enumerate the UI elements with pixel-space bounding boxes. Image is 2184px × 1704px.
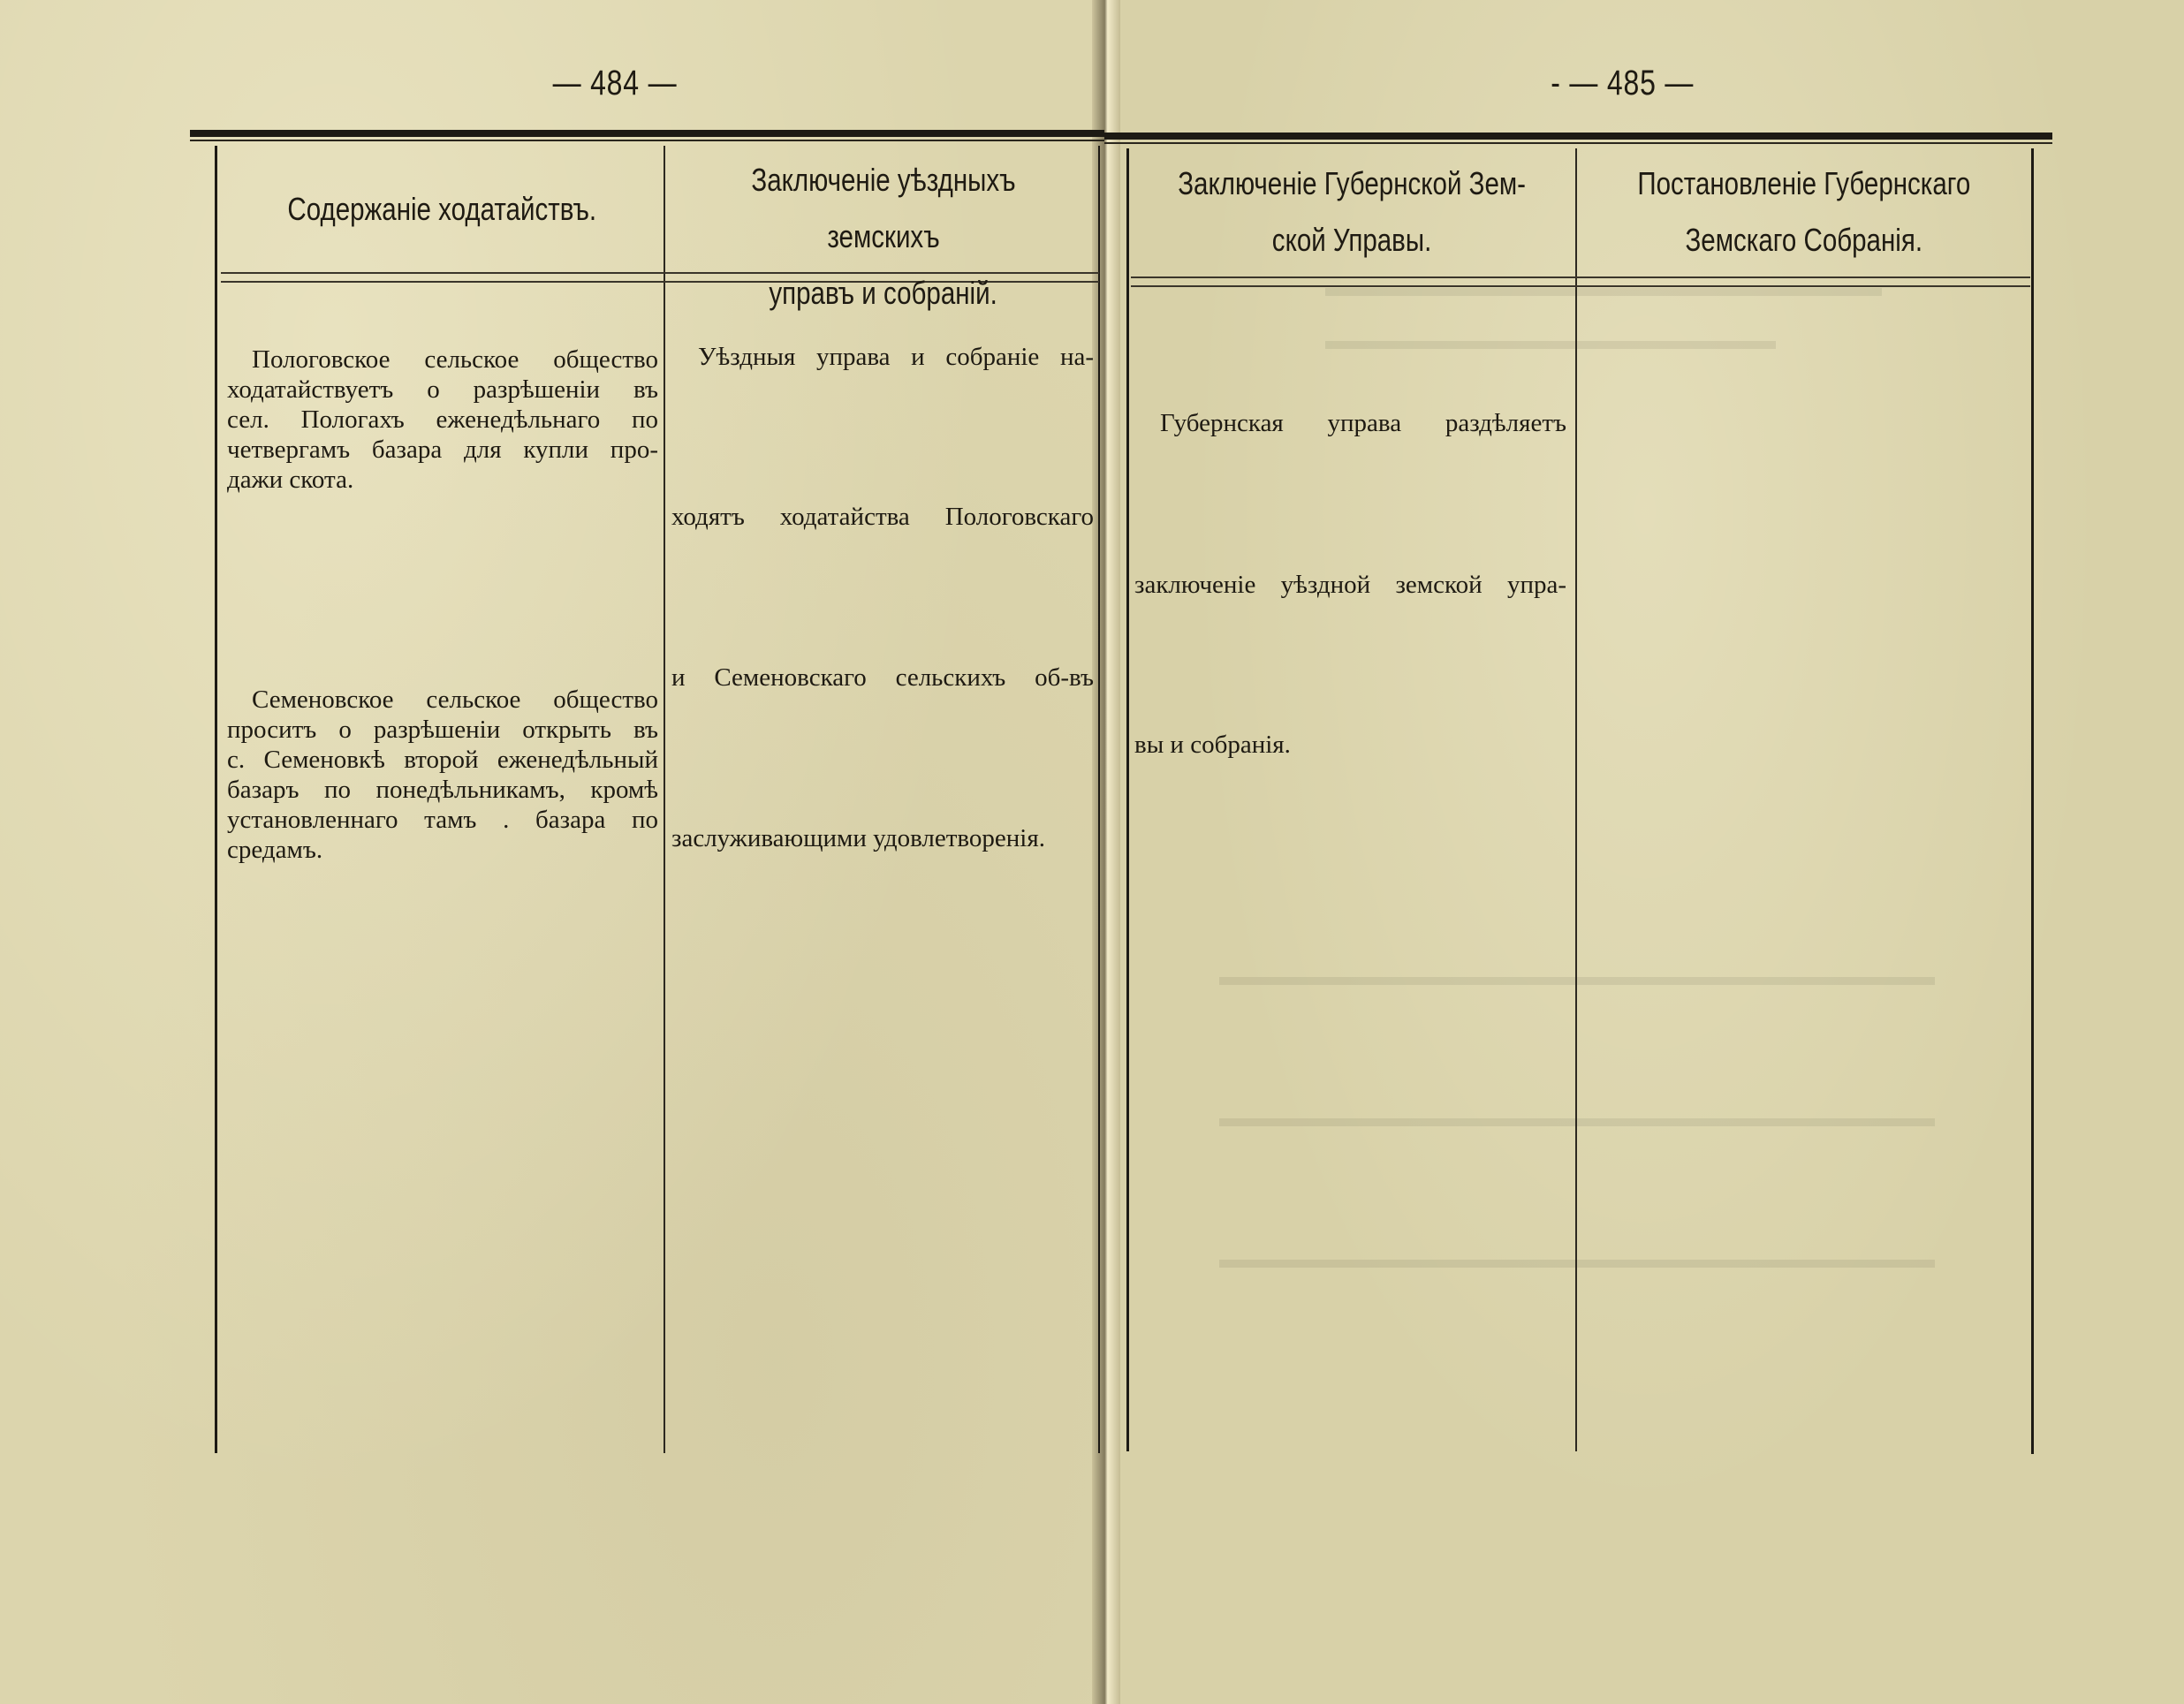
table-top-rule-left (190, 130, 1104, 137)
text-line: ходятъ ходатайства Пологовскаго (671, 502, 1094, 532)
page-number-right: - — 485 — (1551, 64, 1694, 103)
table-top-rule-right (1104, 133, 2052, 140)
column-header-petitions: Содержаніе ходатайствъ. (221, 181, 663, 238)
table-border-gutter-left (1098, 146, 1100, 1453)
header-line: ской Управы. (1272, 212, 1431, 269)
text-line: заслуживающими удовлетворенія. (671, 823, 1045, 853)
text-line: заключеніе уѣздной земской упра- (1134, 570, 1566, 600)
table-border-right (2031, 148, 2034, 1454)
text-line: проситъ о разрѣшеніи открыть въ (227, 715, 658, 745)
text-line: средамъ. (227, 835, 322, 865)
text-line: вы и собранія. (1134, 730, 1291, 760)
text-line: дажи скота. (227, 465, 353, 495)
text-line: четвергамъ базара для купли про- (227, 435, 658, 465)
header-line: Заключеніе уѣздныхъ земскихъ (706, 152, 1061, 265)
table-border-left (215, 146, 217, 1453)
header-line: управъ и собраній. (770, 265, 997, 322)
header-separator-right (1131, 276, 2030, 287)
text-line: Пологовское сельское общество (252, 345, 658, 375)
header-line: Земскаго Собранія. (1686, 212, 1923, 269)
text-line: Губернская управа раздѣляетъ (1160, 408, 1566, 438)
page-number-left: — 484 — (553, 64, 678, 103)
text-line: и Семеновскаго сельскихъ об-въ (671, 663, 1094, 693)
provincial-assembly-resolution (1579, 292, 2029, 1440)
column-header-district-conclusion: Заключеніе уѣздныхъ земскихъ управъ и со… (667, 152, 1100, 322)
header-line: Заключеніе Губернской Зем- (1178, 155, 1526, 212)
text-line: сел. Пологахъ еженедѣльнаго по (227, 405, 658, 435)
header-line: Содержаніе ходатайствъ. (287, 181, 596, 238)
column-header-provincial-assembly-resolution: Постановленіе Губернскаго Земскаго Собра… (1579, 155, 2029, 269)
text-line: Семеновское сельское общество (252, 685, 658, 715)
text-line: Уѣздныя управа и собраніе на- (698, 342, 1094, 372)
column-divider-1-2 (664, 146, 665, 1453)
text-line: установленнаго тамъ . базара по (227, 805, 658, 835)
text-line: ходатайствуетъ о разрѣшеніи въ (227, 375, 658, 405)
column-header-provincial-board-conclusion: Заключеніе Губернской Зем- ской Управы. (1131, 155, 1573, 269)
table-border-gutter-right (1126, 148, 1129, 1451)
text-line: базаръ по понедѣльникамъ, кромѣ (227, 775, 658, 805)
text-line: с. Семеновкѣ второй еженедѣльный (227, 745, 658, 775)
column-divider-3-4 (1575, 148, 1577, 1451)
header-line: Постановленіе Губернскаго (1638, 155, 1971, 212)
